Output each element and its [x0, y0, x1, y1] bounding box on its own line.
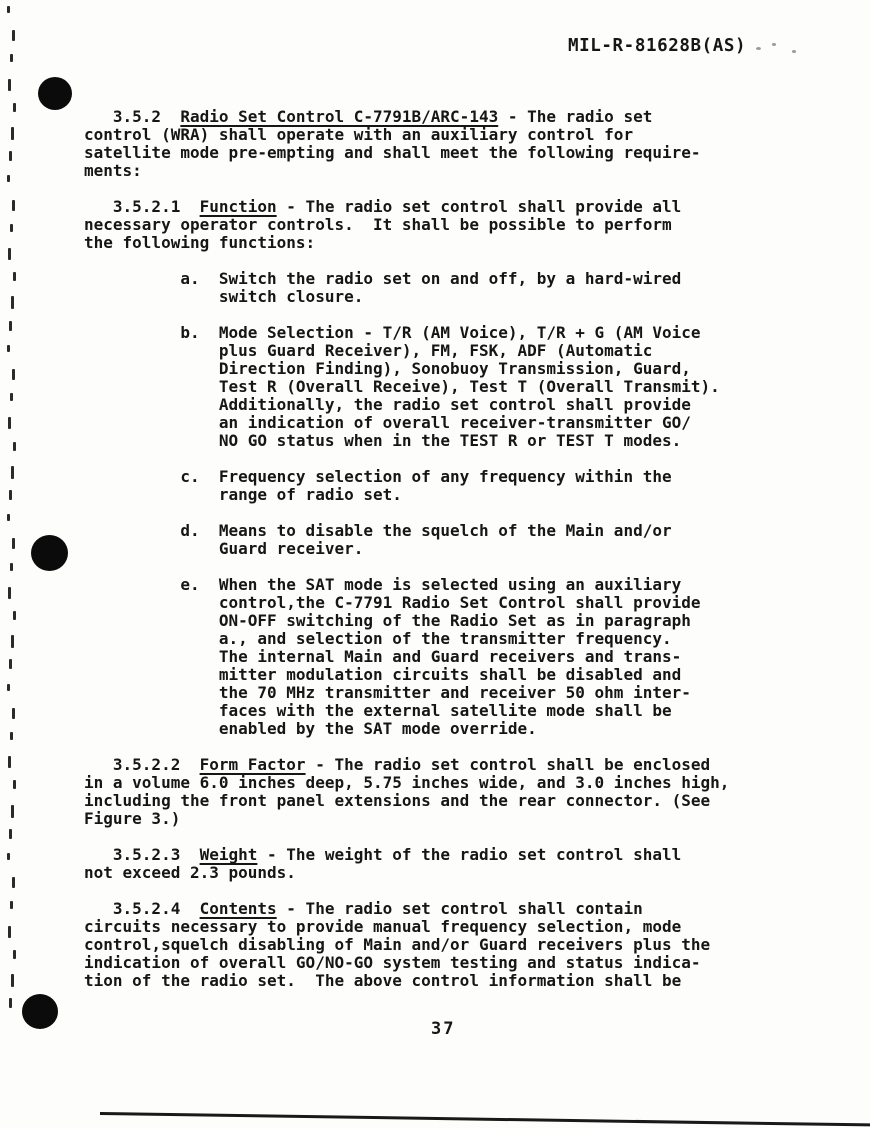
edge-dash	[11, 635, 14, 648]
edge-dash	[11, 296, 14, 309]
text-line: ON-OFF switching of the Radio Set as in …	[84, 612, 784, 630]
text-line: circuits necessary to provide manual fre…	[84, 918, 784, 936]
edge-dash	[12, 877, 15, 888]
edge-dash	[10, 563, 13, 571]
text-line: faces with the external satellite mode s…	[84, 702, 784, 720]
edge-dash	[10, 393, 13, 401]
edge-dash	[12, 200, 15, 211]
text-line: ments:	[84, 162, 784, 180]
edge-dash	[13, 103, 16, 112]
edge-dash	[11, 974, 14, 987]
document-page: MIL-R-81628B(AS) 3.5.2 Radio Set Control…	[0, 0, 870, 1128]
scan-speck	[792, 50, 796, 53]
edge-dash	[7, 684, 10, 691]
text-line: including the front panel extensions and…	[84, 792, 784, 810]
text-line: a., and selection of the transmitter fre…	[84, 630, 784, 648]
edge-dash	[8, 79, 11, 91]
scan-speck	[756, 47, 761, 50]
text-line: Additionally, the radio set control shal…	[84, 396, 784, 414]
text-line: necessary operator controls. It shall be…	[84, 216, 784, 234]
edge-dash	[9, 490, 12, 500]
punch-hole-mark	[22, 994, 58, 1029]
text-line: Guard receiver.	[84, 540, 784, 558]
edge-dash	[10, 54, 13, 62]
text-line: mitter modulation circuits shall be disa…	[84, 666, 784, 684]
text-line: in a volume 6.0 inches deep, 5.75 inches…	[84, 774, 784, 792]
text-line: 3.5.2.4 Contents - The radio set control…	[84, 900, 784, 918]
list-item-d: d. Means to disable the squelch of the M…	[84, 522, 784, 558]
text-line: an indication of overall receiver-transm…	[84, 414, 784, 432]
text-line: control,squelch disabling of Main and/or…	[84, 936, 784, 954]
section-3-5-2-2: 3.5.2.2 Form Factor - The radio set cont…	[84, 756, 784, 828]
list-item-c: c. Frequency selection of any frequency …	[84, 468, 784, 504]
text-line: Test R (Overall Receive), Test T (Overal…	[84, 378, 784, 396]
edge-dash	[12, 369, 15, 380]
edge-dash	[13, 950, 16, 959]
scan-speck	[772, 43, 776, 46]
edge-dash	[10, 224, 13, 232]
text-line: c. Frequency selection of any frequency …	[84, 468, 784, 486]
text-line: d. Means to disable the squelch of the M…	[84, 522, 784, 540]
text-line: the 70 MHz transmitter and receiver 50 o…	[84, 684, 784, 702]
page-edge-line	[100, 1112, 870, 1126]
text-line: tion of the radio set. The above control…	[84, 972, 784, 990]
edge-dash	[9, 151, 12, 161]
edge-dash	[8, 587, 11, 599]
text-line: enabled by the SAT mode override.	[84, 720, 784, 738]
edge-dash	[8, 756, 11, 768]
edge-dash	[10, 901, 13, 909]
edge-dash	[8, 248, 11, 260]
section-3-5-2-3: 3.5.2.3 Weight - The weight of the radio…	[84, 846, 784, 882]
edge-dash	[11, 805, 14, 818]
text-line: switch closure.	[84, 288, 784, 306]
edge-dash	[12, 708, 15, 719]
list-item-a: a. Switch the radio set on and off, by a…	[84, 270, 784, 306]
text-line: 3.5.2.3 Weight - The weight of the radio…	[84, 846, 784, 864]
list-item-b: b. Mode Selection - T/R (AM Voice), T/R …	[84, 324, 784, 450]
text-line: NO GO status when in the TEST R or TEST …	[84, 432, 784, 450]
text-line: control,the C-7791 Radio Set Control sha…	[84, 594, 784, 612]
edge-dash	[11, 127, 14, 140]
edge-dash	[7, 853, 10, 860]
edge-dash	[13, 780, 16, 789]
text-line: a. Switch the radio set on and off, by a…	[84, 270, 784, 288]
text-line: the following functions:	[84, 234, 784, 252]
edge-dash	[9, 998, 12, 1008]
edge-dash	[12, 538, 15, 549]
edge-dash	[13, 272, 16, 281]
edge-dash	[13, 442, 16, 451]
text-line: e. When the SAT mode is selected using a…	[84, 576, 784, 594]
text-line: not exceed 2.3 pounds.	[84, 864, 784, 882]
text-line: indication of overall GO/NO-GO system te…	[84, 954, 784, 972]
page-number: 37	[431, 1019, 455, 1039]
edge-dash	[9, 321, 12, 331]
document-number: MIL-R-81628B(AS)	[568, 36, 746, 56]
text-line: The internal Main and Guard receivers an…	[84, 648, 784, 666]
text-line: range of radio set.	[84, 486, 784, 504]
edge-dash	[8, 417, 11, 429]
edge-dash	[13, 611, 16, 620]
edge-dash	[10, 732, 13, 740]
section-3-5-2: 3.5.2 Radio Set Control C-7791B/ARC-143 …	[84, 108, 784, 180]
text-line: 3.5.2.1 Function - The radio set control…	[84, 198, 784, 216]
text-line: 3.5.2.2 Form Factor - The radio set cont…	[84, 756, 784, 774]
text-line: Figure 3.)	[84, 810, 784, 828]
section-3-5-2-1: 3.5.2.1 Function - The radio set control…	[84, 198, 784, 252]
edge-dash	[7, 345, 10, 352]
text-line: satellite mode pre-empting and shall mee…	[84, 144, 784, 162]
edge-dash	[7, 6, 10, 13]
punch-hole-mark	[38, 77, 72, 110]
edge-dash	[12, 30, 15, 41]
edge-dash	[7, 514, 10, 521]
edge-dash	[11, 466, 14, 479]
edge-dash	[8, 926, 11, 938]
edge-dash	[9, 659, 12, 669]
section-3-5-2-4: 3.5.2.4 Contents - The radio set control…	[84, 900, 784, 990]
edge-dash	[9, 829, 12, 839]
text-line: b. Mode Selection - T/R (AM Voice), T/R …	[84, 324, 784, 342]
text-line: Direction Finding), Sonobuoy Transmissio…	[84, 360, 784, 378]
punch-hole-mark	[31, 535, 68, 571]
document-body: 3.5.2 Radio Set Control C-7791B/ARC-143 …	[84, 108, 784, 1008]
text-line: plus Guard Receiver), FM, FSK, ADF (Auto…	[84, 342, 784, 360]
text-line: control (WRA) shall operate with an auxi…	[84, 126, 784, 144]
list-item-e: e. When the SAT mode is selected using a…	[84, 576, 784, 738]
edge-dash	[7, 175, 10, 182]
text-line: 3.5.2 Radio Set Control C-7791B/ARC-143 …	[84, 108, 784, 126]
